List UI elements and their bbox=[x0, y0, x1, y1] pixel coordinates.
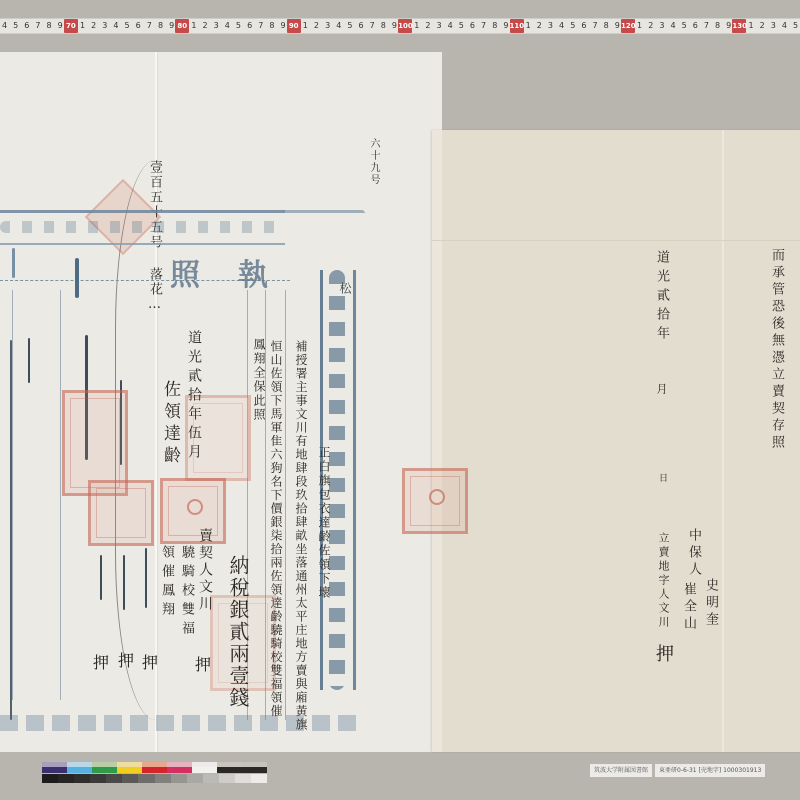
color-swatch bbox=[42, 767, 67, 773]
manchu-script bbox=[100, 555, 102, 600]
ruler-tick: 6 bbox=[244, 19, 255, 33]
ruler-tick: 5 bbox=[567, 19, 578, 33]
ruler-tick: 130 bbox=[732, 19, 746, 33]
ruler-tick: 6 bbox=[21, 19, 32, 33]
catalog-label: 東亜研0-6-31 [売地字] 1000301913 bbox=[655, 764, 765, 777]
red-seal-stamp bbox=[402, 468, 468, 534]
ruler-tick: 3 bbox=[99, 19, 110, 33]
color-swatch bbox=[142, 767, 167, 773]
manchu-script bbox=[12, 248, 15, 278]
ruler-tick: 2 bbox=[645, 19, 656, 33]
signature-mark: 押 bbox=[142, 650, 158, 673]
color-swatch bbox=[138, 774, 154, 783]
color-swatch bbox=[167, 767, 192, 773]
ruler-tick: 3 bbox=[434, 19, 445, 33]
fold-line-vertical bbox=[722, 130, 724, 752]
ruler-tick: 2 bbox=[422, 19, 433, 33]
frame-top-band bbox=[0, 210, 285, 245]
certificate-date: 道光貳拾年伍月 bbox=[187, 330, 201, 463]
contract-clause: 而承管恐後無憑立賣契存照 bbox=[770, 248, 783, 452]
ruler-tick: 2 bbox=[534, 19, 545, 33]
catalog-number: 東亜研0-6-31 bbox=[659, 767, 697, 774]
witness-name: 領催鳳翔 bbox=[160, 545, 173, 621]
color-calibration-chart bbox=[42, 762, 267, 784]
ruler-tick: 5 bbox=[456, 19, 467, 33]
certificate-text-column: 補授署主事文川有地肆段玖拾肆畝坐落通州太平庄地方賣與廂黃旗 bbox=[295, 340, 307, 732]
ruler-tick: 110 bbox=[510, 19, 524, 33]
vine-ornament bbox=[329, 270, 345, 690]
color-swatch bbox=[203, 774, 219, 783]
ruler-tick: 6 bbox=[467, 19, 478, 33]
measuring-ruler: 4567897012345678980123456789901234567891… bbox=[0, 18, 800, 34]
column-rule bbox=[12, 290, 13, 700]
land-sale-contract-sheet bbox=[432, 130, 800, 752]
ruler-tick: 2 bbox=[757, 19, 768, 33]
contract-date-day: 日 bbox=[657, 473, 666, 484]
tax-amount: 納稅銀貳兩壹錢 bbox=[228, 555, 248, 709]
seller-name: 賣契人文川 bbox=[198, 528, 212, 613]
signature-mark: 押 bbox=[93, 650, 109, 673]
ruler-tick: 1 bbox=[77, 19, 88, 33]
ruler-tick: 7 bbox=[478, 19, 489, 33]
ruler-tick: 100 bbox=[398, 19, 412, 33]
color-swatch bbox=[155, 774, 171, 783]
color-swatch bbox=[187, 774, 203, 783]
color-swatch bbox=[67, 767, 92, 773]
contract-date-year: 道光貳拾年 bbox=[655, 250, 668, 345]
guarantor-name: 崔全山 bbox=[682, 582, 695, 633]
column-rule bbox=[60, 290, 61, 700]
id-number: 1000301913 bbox=[723, 767, 761, 774]
certificate-text-column: 鳳翔全保此照 bbox=[253, 338, 265, 422]
manchu-script bbox=[10, 340, 12, 720]
column-rule bbox=[285, 290, 286, 720]
ruler-tick: 3 bbox=[211, 19, 222, 33]
ruler-tick: 1 bbox=[634, 19, 645, 33]
color-swatch bbox=[192, 767, 217, 773]
ruler-tick: 70 bbox=[64, 19, 78, 33]
color-swatch bbox=[217, 767, 242, 773]
ruler-tick: 1 bbox=[746, 19, 757, 33]
institution-label: 筑波大学附属図書館 bbox=[590, 764, 652, 777]
ruler-tick: 3 bbox=[322, 19, 333, 33]
ruler-tick: 90 bbox=[287, 19, 301, 33]
ruler-tick: 7 bbox=[590, 19, 601, 33]
ruler-tick: 3 bbox=[656, 19, 667, 33]
ruler-tick: 7 bbox=[255, 19, 266, 33]
color-swatch bbox=[106, 774, 122, 783]
page-number: 六十九号 bbox=[368, 138, 378, 186]
red-seal-stamp bbox=[160, 478, 226, 544]
title-char-zhi: 執 bbox=[238, 250, 268, 294]
certificate-text-column: 松 bbox=[339, 282, 351, 296]
signature-mark: 押 bbox=[118, 648, 134, 671]
ruler-tick: 2 bbox=[88, 19, 99, 33]
ruler-tick: 8 bbox=[489, 19, 500, 33]
ruler-tick: 80 bbox=[175, 19, 189, 33]
color-swatch bbox=[122, 774, 138, 783]
ruler-tick: 1 bbox=[523, 19, 534, 33]
ruler-tick: 7 bbox=[144, 19, 155, 33]
color-swatch bbox=[58, 774, 74, 783]
ruler-tick: 8 bbox=[155, 19, 166, 33]
ruler-tick: 4 bbox=[333, 19, 344, 33]
ruler-tick: 5 bbox=[790, 19, 800, 33]
fold-line-horizontal bbox=[432, 240, 800, 241]
color-swatch bbox=[171, 774, 187, 783]
ruler-tick: 4 bbox=[779, 19, 790, 33]
color-swatch bbox=[74, 774, 90, 783]
color-swatch bbox=[90, 774, 106, 783]
sheet-edge bbox=[432, 130, 442, 752]
color-swatch bbox=[219, 774, 235, 783]
ruler-tick: 1 bbox=[300, 19, 311, 33]
ruler-tick: 6 bbox=[578, 19, 589, 33]
grey-scale-strip bbox=[42, 774, 267, 783]
ruler-tick: 5 bbox=[10, 19, 21, 33]
ruler-tick: 8 bbox=[601, 19, 612, 33]
ruler-tick: 1 bbox=[411, 19, 422, 33]
ruler-tick: 6 bbox=[133, 19, 144, 33]
ruler-tick: 4 bbox=[0, 19, 10, 33]
ruler-tick: 5 bbox=[233, 19, 244, 33]
ruler-tick: 4 bbox=[222, 19, 233, 33]
certificate-text-column: 恒山佐領下馬軍隹六狗名下價銀柒拾兩佐領達齡驍騎校雙福領催 bbox=[270, 340, 282, 718]
guarantor-name: 史明奎 bbox=[704, 578, 717, 629]
vine-ornament bbox=[0, 221, 285, 233]
ruler-tick: 3 bbox=[545, 19, 556, 33]
title-char-zhao: 照 bbox=[170, 250, 200, 294]
ruler-tick: 4 bbox=[445, 19, 456, 33]
ruler-tick: 6 bbox=[356, 19, 367, 33]
color-swatch bbox=[251, 774, 267, 783]
ruler-tick: 8 bbox=[378, 19, 389, 33]
ruler-tick: 1 bbox=[188, 19, 199, 33]
ruler-tick: 8 bbox=[266, 19, 277, 33]
manchu-script bbox=[28, 338, 30, 383]
ruler-tick: 4 bbox=[110, 19, 121, 33]
signature-mark: 押 bbox=[195, 652, 211, 675]
ruler-tick: 5 bbox=[122, 19, 133, 33]
issuing-official: 佐領達齡 bbox=[161, 380, 178, 468]
witness-name: 驍騎校雙福 bbox=[180, 545, 193, 640]
ruler-tick: 7 bbox=[367, 19, 378, 33]
ruler-tick: 2 bbox=[200, 19, 211, 33]
color-chart-bottom-row bbox=[42, 767, 267, 773]
category-label: [売地字] bbox=[699, 767, 722, 774]
color-swatch bbox=[92, 767, 117, 773]
ruler-tick: 8 bbox=[712, 19, 723, 33]
color-swatch bbox=[42, 774, 58, 783]
ruler-tick: 7 bbox=[701, 19, 712, 33]
seller-signature-label: 立賣地字人文川 bbox=[658, 532, 669, 630]
ruler-tick: 4 bbox=[556, 19, 567, 33]
guarantor-label: 中保人 bbox=[687, 528, 700, 579]
color-swatch bbox=[235, 774, 251, 783]
certificate-text-column: 正白旗包衣達齡佐領下壞 bbox=[318, 446, 330, 600]
color-swatch bbox=[242, 767, 267, 773]
ruler-tick: 2 bbox=[311, 19, 322, 33]
ruler-tick: 5 bbox=[344, 19, 355, 33]
manchu-script bbox=[123, 555, 125, 610]
ruler-tick: 4 bbox=[668, 19, 679, 33]
manchu-script bbox=[145, 548, 147, 608]
contract-date-month: 月 bbox=[656, 383, 667, 396]
ruler-tick: 6 bbox=[690, 19, 701, 33]
signature-mark: 押 bbox=[656, 640, 674, 666]
ruler-tick: 5 bbox=[679, 19, 690, 33]
ruler-tick: 120 bbox=[621, 19, 635, 33]
ruler-tick: 7 bbox=[32, 19, 43, 33]
red-seal-stamp bbox=[88, 480, 154, 546]
ruler-tick: 8 bbox=[44, 19, 55, 33]
ruler-tick: 3 bbox=[768, 19, 779, 33]
manchu-script bbox=[75, 258, 79, 298]
color-swatch bbox=[117, 767, 142, 773]
